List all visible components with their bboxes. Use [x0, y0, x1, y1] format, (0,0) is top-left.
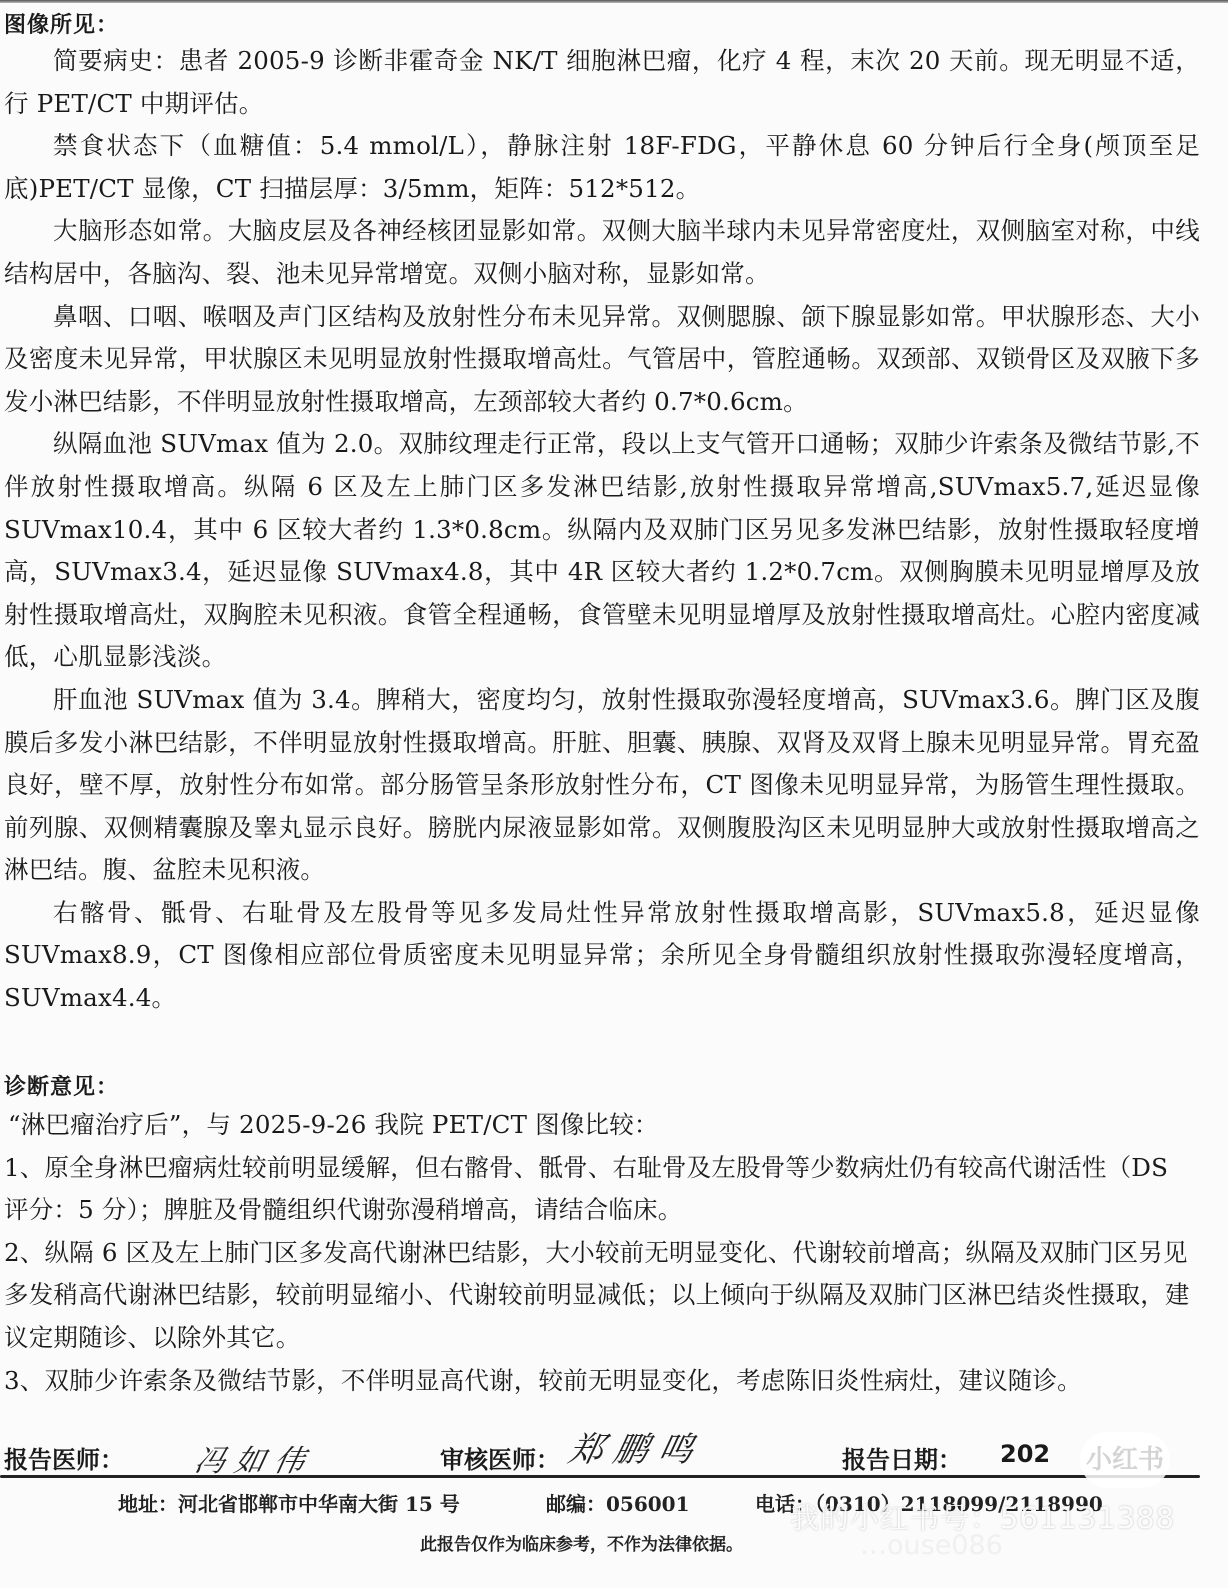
- hospital-address: 地址：河北省邯郸市中华南大街 15 号: [118, 1488, 460, 1517]
- findings-body: 简要病史：患者 2005-9 诊断非霍奇金 NK/T 细胞淋巴瘤，化疗 4 程，…: [4, 40, 1200, 1020]
- legal-disclaimer: 此报告仅作为临床参考，不作为法律依据。: [420, 1530, 743, 1555]
- reporting-physician-signature: 冯 如 伟: [191, 1436, 309, 1480]
- signature-row: 报告医师： 冯 如 伟 审核医师： 郑 鹏 鸣 报告日期： 202: [0, 1440, 1228, 1480]
- diagnosis-title: 诊断意见：: [4, 1070, 119, 1101]
- findings-abdomen: 肝血池 SUVmax 值为 3.4。脾稍大，密度均匀，放射性摄取弥漫轻度增高，S…: [4, 679, 1200, 892]
- footer-divider: [0, 1475, 1200, 1478]
- diagnosis-body: “淋巴瘤治疗后”，与 2025-9-26 我院 PET/CT 图像比较： 1、原…: [4, 1104, 1200, 1402]
- findings-brain: 大脑形态如常。大脑皮层及各神经核团显影如常。双侧大脑半球内未见异常密度灶，双侧脑…: [4, 210, 1200, 295]
- findings-chest: 纵隔血池 SUVmax 值为 2.0。双肺纹理走行正常，段以上支气管开口通畅；双…: [4, 423, 1200, 679]
- hospital-postcode: 邮编：056001: [546, 1488, 690, 1517]
- diagnosis-item-1: 1、原全身淋巴瘤病灶较前明显缓解，但右髂骨、骶骨、右耻骨及左股骨等少数病灶仍有较…: [4, 1147, 1200, 1232]
- report-date-value: 202: [1000, 1440, 1050, 1468]
- reporting-physician-label: 报告医师：: [4, 1440, 124, 1475]
- account-watermark-faint: …ouse086: [860, 1530, 1003, 1561]
- xiaohongshu-logo-watermark: 小红书: [1080, 1432, 1170, 1488]
- reviewing-physician-signature: 郑 鹏 鸣: [565, 1422, 699, 1471]
- findings-title: 图像所见：: [4, 8, 119, 39]
- top-divider: [0, 0, 1228, 3]
- findings-protocol: 禁食状态下（血糖值：5.4 mmol/L），静脉注射 18F-FDG，平静休息 …: [4, 125, 1200, 210]
- reviewing-physician-label: 审核医师：: [440, 1440, 560, 1475]
- diagnosis-item-3: 3、双肺少许索条及微结节影，不伴明显高代谢，较前无明显变化，考虑陈旧炎性病灶，建…: [4, 1360, 1200, 1403]
- pet-ct-report-page: 图像所见： 简要病史：患者 2005-9 诊断非霍奇金 NK/T 细胞淋巴瘤，化…: [0, 0, 1228, 1588]
- findings-head-neck: 鼻咽、口咽、喉咽及声门区结构及放射性分布未见异常。双侧腮腺、颌下腺显影如常。甲状…: [4, 296, 1200, 424]
- findings-bone: 右髂骨、骶骨、右耻骨及左股骨等见多发局灶性异常放射性摄取增高影，SUVmax5.…: [4, 892, 1200, 1020]
- findings-history: 简要病史：患者 2005-9 诊断非霍奇金 NK/T 细胞淋巴瘤，化疗 4 程，…: [4, 40, 1200, 125]
- report-date-label: 报告日期：: [842, 1440, 962, 1475]
- diagnosis-intro: “淋巴瘤治疗后”，与 2025-9-26 我院 PET/CT 图像比较：: [4, 1104, 1200, 1147]
- diagnosis-item-2: 2、纵隔 6 区及左上肺门区多发高代谢淋巴结影，大小较前无明显变化、代谢较前增高…: [4, 1232, 1200, 1360]
